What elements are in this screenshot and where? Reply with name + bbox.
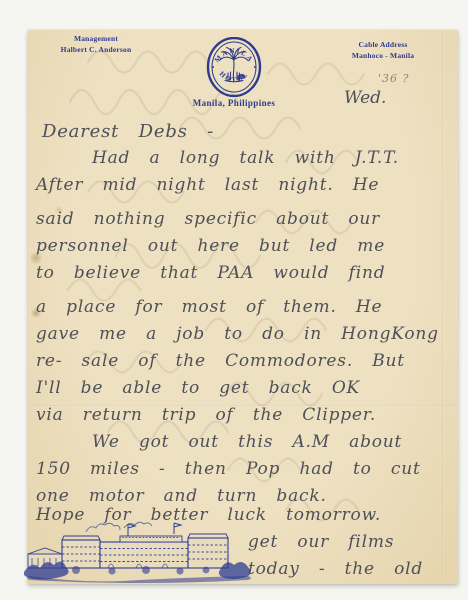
hotel-seal-icon: MANILA HOTEL [204, 37, 264, 97]
letter-line: personnel out here but led me [36, 233, 450, 260]
letter-line: 150 miles - then Pop had to cut [36, 456, 450, 483]
letter-body: Dearest Debs - Had a long talk with J.T.… [36, 118, 450, 583]
manila-hotel-logo: MANILA HOTEL [204, 37, 264, 97]
management-block: Management Halbert C. Anderson [36, 34, 156, 56]
salutation: Dearest Debs - [36, 118, 450, 145]
letter-line: After mid night last night. He [36, 172, 450, 199]
letter-line: We got out this A.M about [36, 429, 450, 456]
place-line: Manila, Philippines [168, 98, 300, 108]
letter-line: Had a long talk with J.T.T. [36, 145, 450, 172]
letter-sheet: Management Halbert C. Anderson MANILA HO… [28, 30, 458, 584]
letter-line: via return trip of the Clipper. [36, 402, 450, 429]
pencil-year-note: '36 ? [378, 72, 409, 85]
seal-figure [238, 74, 246, 79]
cable-address-block: Cable Address Manhoco - Manila [316, 40, 450, 62]
management-label: Management [36, 34, 156, 45]
letter-line: I'll be able to get back OK [36, 375, 450, 402]
cable-value: Manhoco - Manila [316, 51, 450, 62]
letter-line: re- sale of the Commodores. But [36, 348, 450, 375]
letter-line: gave me a job to do in HongKong [36, 321, 450, 348]
management-name: Halbert C. Anderson [36, 45, 156, 56]
letter-line: to believe that PAA would find [36, 260, 450, 287]
cable-label: Cable Address [316, 40, 450, 51]
weekday-note: Wed. [344, 88, 386, 108]
letter-line: a place for most of them. He [36, 294, 450, 321]
hotel-building-illustration [24, 520, 254, 584]
letter-line: said nothing specific about our [36, 206, 450, 233]
